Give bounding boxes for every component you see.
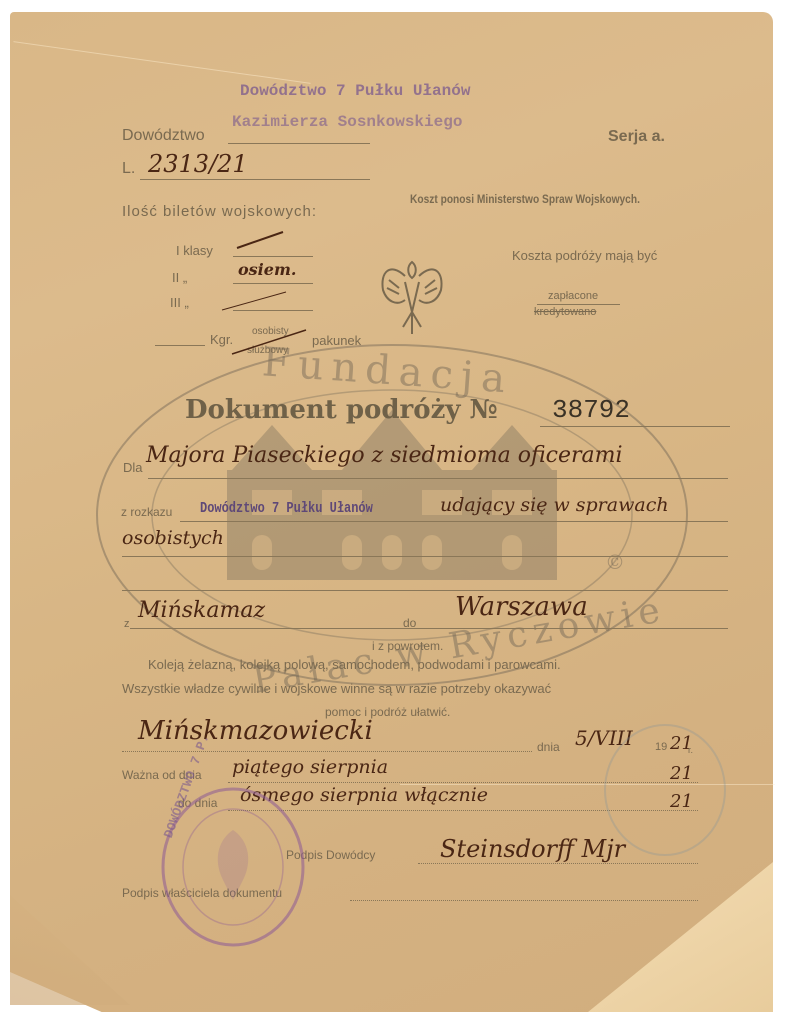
- class-3-label: III „: [170, 295, 189, 310]
- for-value: Majora Piaseckiego z siedmioma oficerami: [146, 443, 623, 468]
- tickets-label: Ilość biletów wojskowych:: [122, 203, 317, 220]
- document-title: Dokument podróży №: [185, 395, 498, 425]
- header-stamp-line2: Kazimierza Sosnkowskiego: [232, 113, 462, 131]
- class-2-line: [233, 283, 313, 284]
- class-1-label: I klasy: [176, 243, 213, 258]
- holder-signature-line: [350, 900, 698, 901]
- series-label: Serja a.: [608, 128, 665, 146]
- travel-costs-option-1: zapłacone: [548, 290, 598, 302]
- order-line: [180, 521, 728, 522]
- class-2-label: II „: [172, 270, 187, 285]
- command-label: Dowództwo: [122, 127, 205, 145]
- for-label: Dla: [123, 460, 143, 475]
- valid-from-value: piątego sierpnia: [232, 756, 388, 778]
- place-value: Mińskmazowiecki: [138, 716, 373, 746]
- luggage-line: [155, 345, 205, 346]
- luggage-strike-icon: [230, 328, 310, 356]
- order-line-2: [122, 556, 728, 557]
- travel-costs-option-2: kredytowano: [534, 306, 596, 318]
- luggage-label: pakunek: [312, 333, 361, 348]
- route-line: [130, 628, 728, 629]
- cost-note: Koszt ponosi Ministerstwo Spraw Wojskowy…: [410, 192, 640, 206]
- transport-note: Koleją żelazną, kolejką polową, samochod…: [148, 657, 561, 672]
- travel-costs-separator: [537, 304, 620, 305]
- return-note: i z powrotem.: [372, 639, 443, 653]
- place-line: [122, 751, 532, 752]
- for-line: [148, 478, 728, 479]
- command-line: [228, 143, 370, 144]
- class-3-dash-mark-icon: [220, 290, 290, 312]
- number-value: 2313/21: [148, 150, 248, 178]
- polish-eagle-emblem-icon: [375, 252, 450, 337]
- class-3-line: [233, 310, 313, 311]
- class-2-value: osiem.: [238, 260, 296, 279]
- authorities-note-1: Wszystkie władze cywilne i wojskowe winn…: [122, 681, 551, 696]
- order-stamp: Dowództwo 7 Pułku Ułanów: [200, 500, 373, 517]
- watermark-copyright: ©: [605, 550, 625, 574]
- order-label: z rozkazu: [121, 505, 172, 519]
- from-value: Mińskamaz: [138, 598, 265, 623]
- commander-signature-line: [418, 863, 698, 864]
- faint-blue-stamp-icon: [600, 720, 730, 860]
- to-value: Warszawa: [455, 592, 588, 622]
- class-1-line: [233, 256, 313, 257]
- travel-costs-label: Koszta podróży mają być: [512, 248, 657, 263]
- class-1-dash-mark-icon: [235, 230, 285, 250]
- document-number-line: [540, 426, 730, 427]
- header-stamp-line1: Dowództwo 7 Pułku Ułanów: [240, 82, 470, 100]
- document-number: 38792: [552, 395, 630, 425]
- number-line: [140, 179, 370, 180]
- blank-line: [122, 590, 728, 591]
- from-label: z: [124, 618, 130, 630]
- number-label: L.: [122, 160, 135, 178]
- commander-signature: Steinsdorff Mjr: [440, 835, 625, 863]
- date-label: dnia: [537, 740, 560, 754]
- order-value-2: osobistych: [122, 527, 224, 549]
- order-value: udający się w sprawach: [440, 494, 669, 516]
